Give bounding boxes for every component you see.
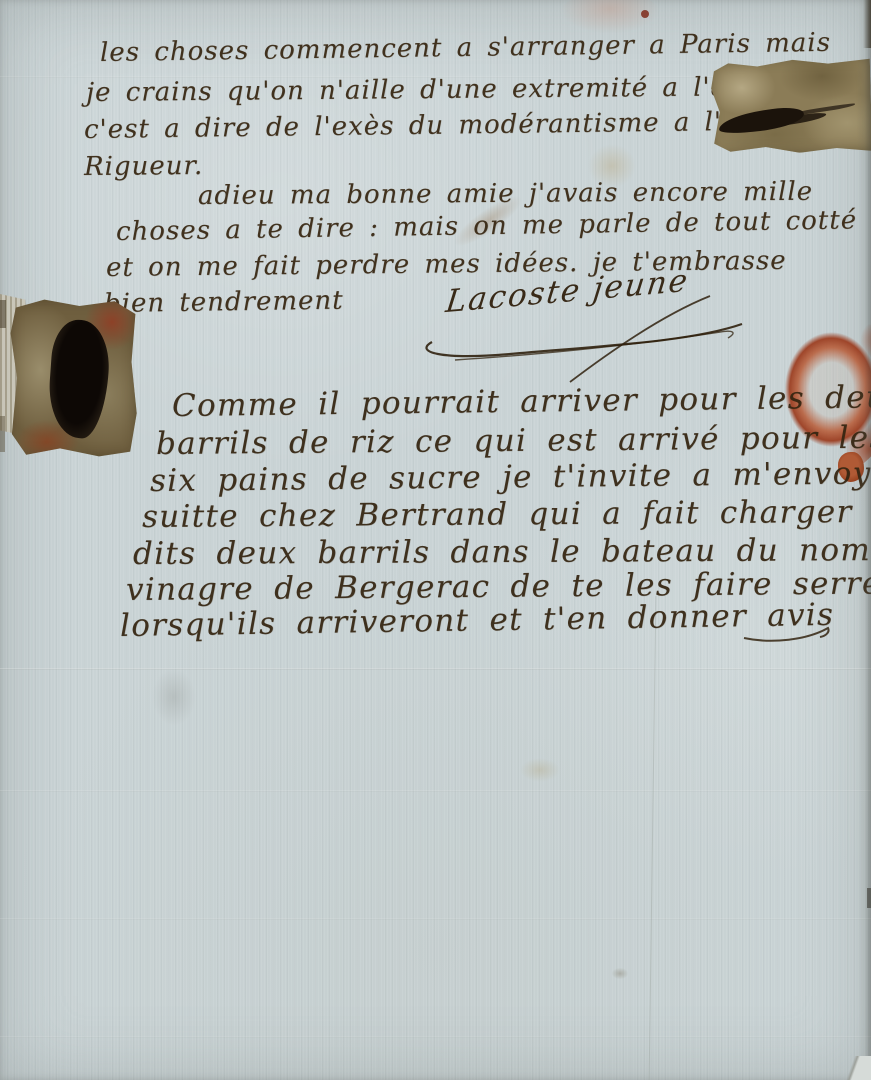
fold-crease-horizontal bbox=[0, 668, 871, 670]
manuscript-line: adieu ma bonne amie j'avais encore mille bbox=[198, 177, 813, 211]
wax-seal-remnant-patch bbox=[8, 298, 138, 458]
small-stain bbox=[612, 968, 628, 979]
manuscript-line: les choses commencent a s'arranger a Par… bbox=[100, 28, 831, 68]
repair-tape-patch bbox=[709, 56, 871, 155]
manuscript-line: six pains de sucre je t'invite a m'envoy… bbox=[150, 454, 871, 499]
left-edge-mark bbox=[0, 416, 5, 452]
page-edge-shadow bbox=[857, 0, 871, 1080]
manuscript-line: bien tendrement bbox=[104, 286, 344, 319]
signature-flourish bbox=[420, 294, 750, 384]
bottom-right-corner-fold bbox=[833, 1056, 871, 1080]
left-edge-mark bbox=[0, 300, 6, 328]
seal-remnant-black-core bbox=[46, 318, 112, 440]
manuscript-line: je crains qu'on n'aille d'une extremité … bbox=[86, 72, 786, 108]
yellow-stain bbox=[520, 758, 560, 782]
fold-crease-horizontal bbox=[0, 918, 871, 920]
letter-page: les choses commencent a s'arranger a Par… bbox=[0, 0, 871, 1080]
top-right-corner-shadow bbox=[863, 0, 871, 48]
manuscript-line: c'est a dire de l'exès du modérantisme a… bbox=[84, 106, 785, 145]
pink-stain bbox=[560, 0, 660, 34]
manuscript-line: suitte chez Bertrand qui a fait charger … bbox=[142, 494, 871, 535]
manuscript-line: Rigueur. bbox=[84, 151, 204, 182]
end-of-line-flourish bbox=[742, 618, 832, 648]
fold-crease-horizontal bbox=[0, 1036, 871, 1038]
fold-crease-horizontal bbox=[0, 790, 871, 792]
red-ink-dot bbox=[641, 10, 649, 18]
gray-stain bbox=[152, 668, 196, 726]
manuscript-line: choses a te dire : mais on me parle de t… bbox=[116, 205, 858, 247]
manuscript-line: Comme il pourrait arriver pour les deux bbox=[172, 379, 871, 424]
